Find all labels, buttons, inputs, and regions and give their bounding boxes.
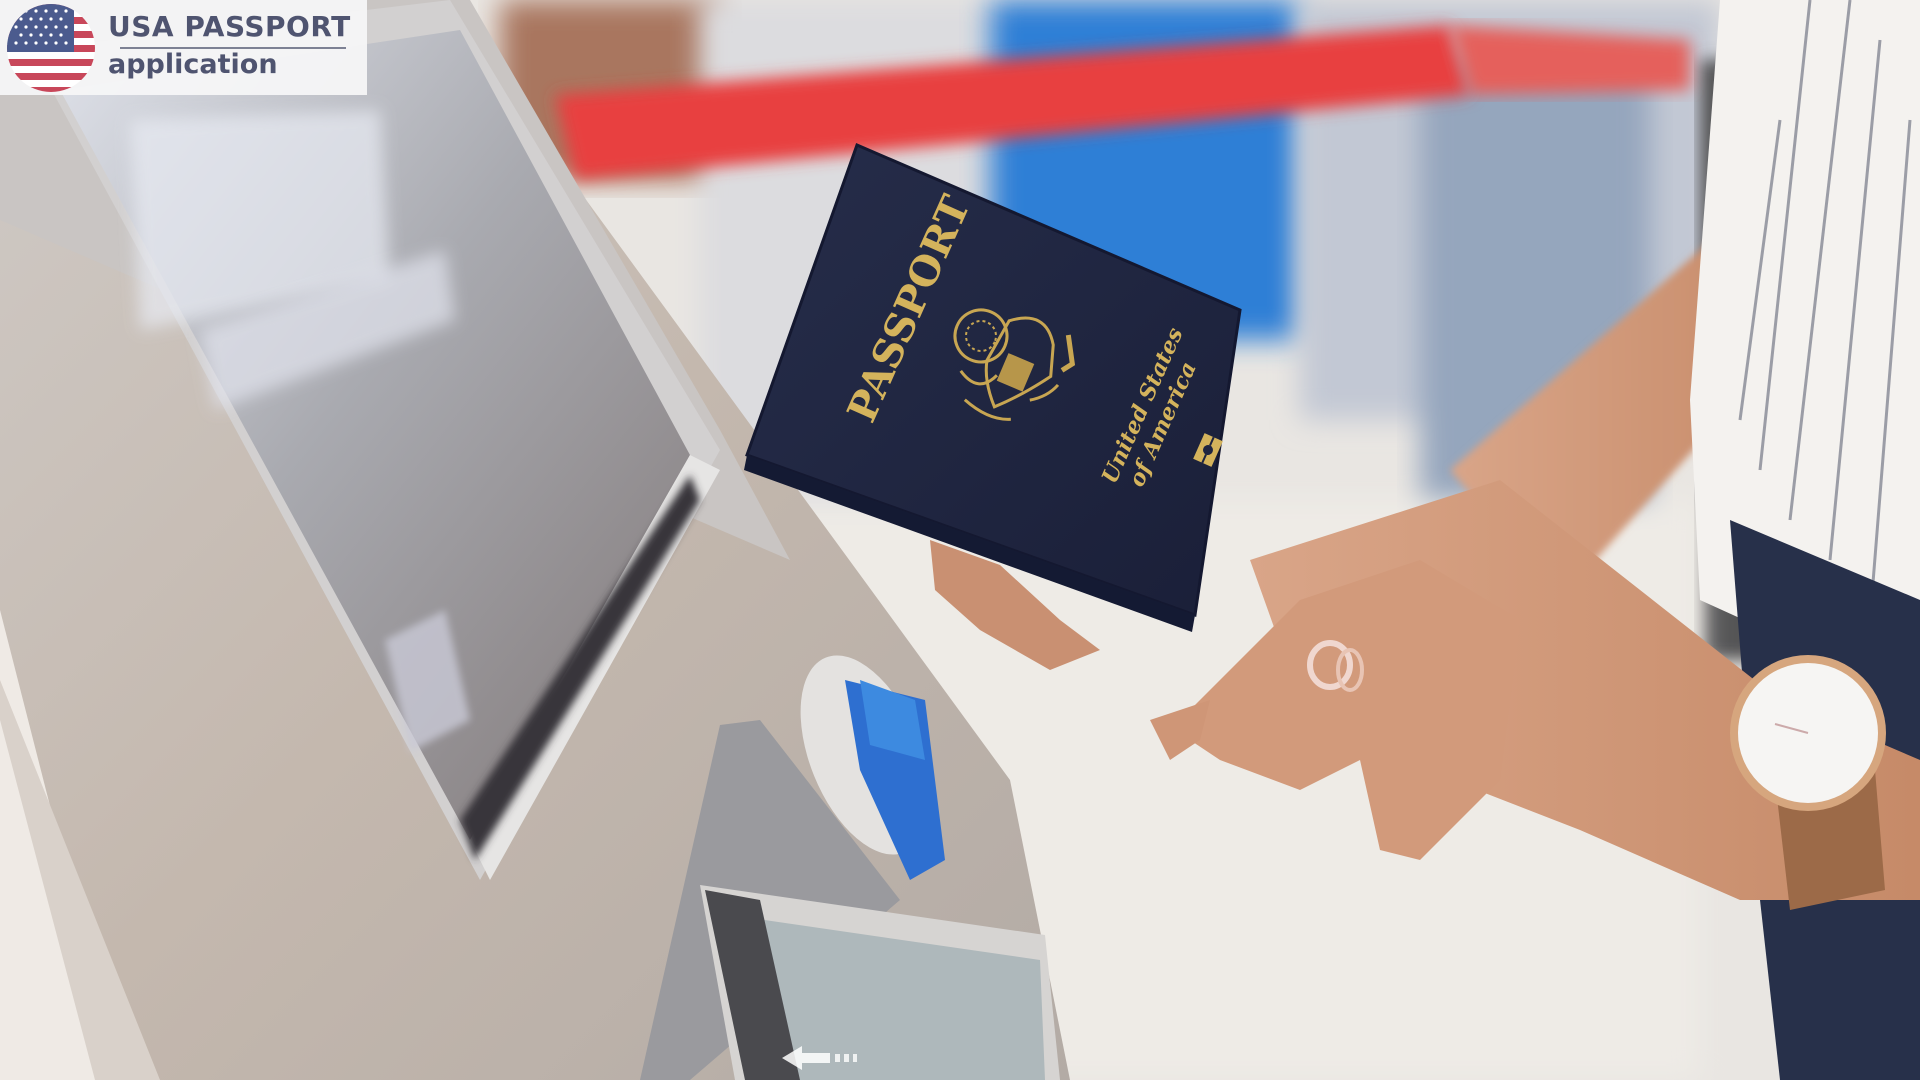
site-logo[interactable]: USA PASSPORT application (0, 0, 367, 95)
logo-subtitle: application (108, 49, 278, 80)
logo-title: USA PASSPORT (108, 10, 351, 43)
us-flag-circle-icon (6, 3, 96, 93)
photo-scene: PASSPORT United States of America (0, 0, 1920, 1080)
